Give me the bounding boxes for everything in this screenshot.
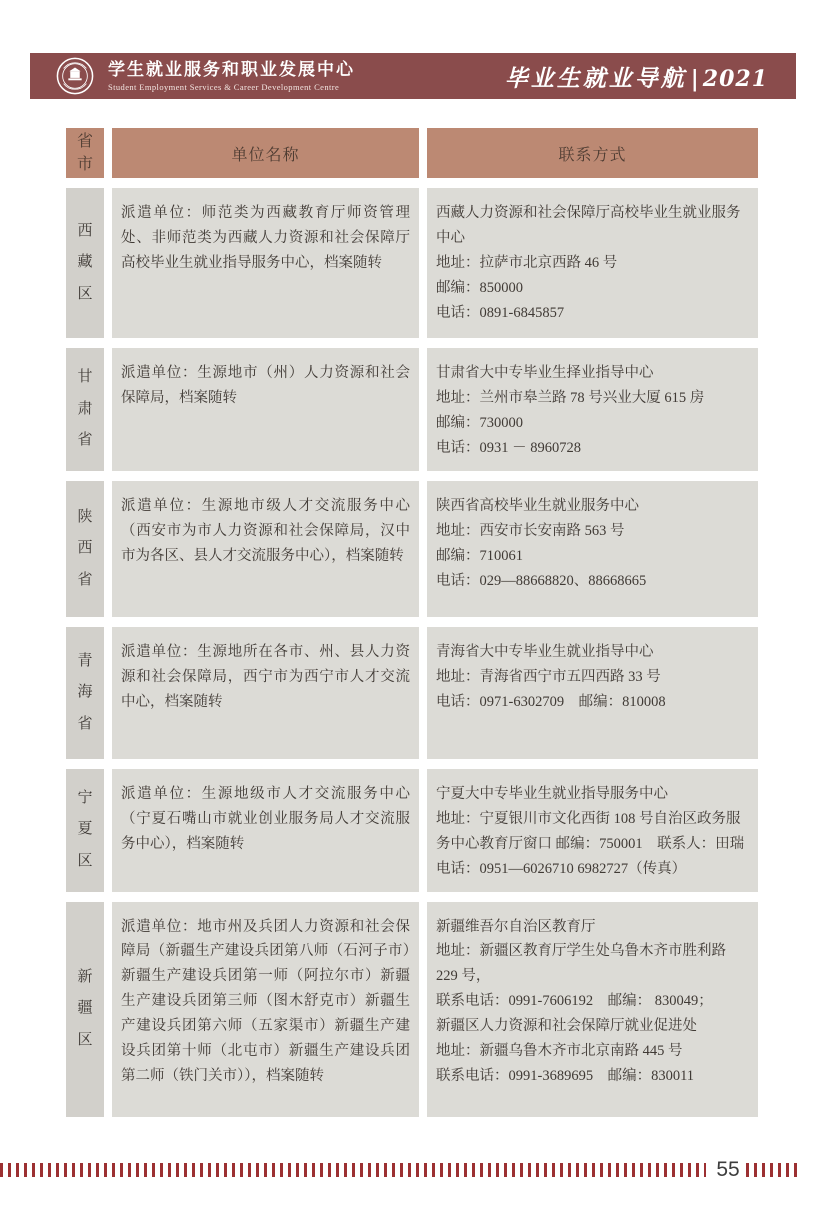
table-row-province: 甘肃省 [66, 348, 104, 471]
table-row-province: 新疆区 [66, 902, 104, 1117]
org-name-zh: 学生就业服务和职业发展中心 [108, 60, 355, 80]
table-row-province: 陕西省 [66, 481, 104, 617]
header-banner: 学生就业服务和职业发展中心 Student Employment Service… [30, 53, 796, 99]
edition-title-script: 毕业生就业导航 [505, 60, 687, 93]
edition-year: 2021 [703, 66, 768, 92]
column-header-unit: 单位名称 [112, 128, 419, 178]
province-contact-table: 省市 单位名称 联系方式 西藏区 派遣单位：师范类为西藏教育厅师资管理处、非师范… [66, 128, 758, 1117]
column-header-province: 省市 [66, 128, 104, 178]
table-row-province: 宁夏区 [66, 769, 104, 892]
table-row-contact: 新疆维吾尔自治区教育厅 地址：新疆区教育厅学生处乌鲁木齐市胜利路 229 号， … [427, 902, 758, 1117]
table-row-unit: 派遣单位：地市州及兵团人力资源和社会保障局（新疆生产建设兵团第八师（石河子市）新… [112, 902, 419, 1117]
edition-title: 毕业生就业导航 | 2021 [505, 60, 768, 93]
table-row-province: 青海省 [66, 627, 104, 759]
table-row-contact: 甘肃省大中专毕业生择业指导中心 地址：兰州市皋兰路 78 号兴业大厦 615 房… [427, 348, 758, 471]
footer-dash-strip [0, 1163, 706, 1177]
table-row-unit: 派遣单位：师范类为西藏教育厅师资管理处、非师范类为西藏人力资源和社会保障厅高校毕… [112, 188, 419, 338]
table-row-unit: 派遣单位：生源地市级人才交流服务中心（西安市为市人力资源和社会保障局，汉中市为各… [112, 481, 419, 617]
table-row-province: 西藏区 [66, 188, 104, 338]
university-seal-icon [56, 57, 94, 95]
table-row-contact: 西藏人力资源和社会保障厅高校毕业生就业服务中心 地址：拉萨市北京西路 46 号 … [427, 188, 758, 338]
edition-title-separator: | [691, 66, 699, 92]
table-row-contact: 宁夏大中专毕业生就业指导服务中心 地址：宁夏银川市文化西街 108 号自治区政务… [427, 769, 758, 892]
table-row-contact: 青海省大中专毕业生就业指导中心 地址：青海省西宁市五四西路 33 号 电话：09… [427, 627, 758, 759]
org-title-block: 学生就业服务和职业发展中心 Student Employment Service… [108, 60, 355, 92]
document-page: 学生就业服务和职业发展中心 Student Employment Service… [0, 0, 827, 1224]
table-row-unit: 派遣单位：生源地级市人才交流服务中心（宁夏石嘴山市就业创业服务局人才交流服务中心… [112, 769, 419, 892]
table-row-contact: 陕西省高校毕业生就业服务中心 地址：西安市长安南路 563 号 邮编：71006… [427, 481, 758, 617]
page-number: 55 [712, 1158, 744, 1182]
org-name-en: Student Employment Services & Career Dev… [108, 82, 355, 92]
table-row-unit: 派遣单位：生源地市（州）人力资源和社会保障局，档案随转 [112, 348, 419, 471]
column-header-contact: 联系方式 [427, 128, 758, 178]
footer-dash-strip [746, 1163, 802, 1177]
table-row-unit: 派遣单位：生源地所在各市、州、县人力资源和社会保障局，西宁市为西宁市人才交流中心… [112, 627, 419, 759]
